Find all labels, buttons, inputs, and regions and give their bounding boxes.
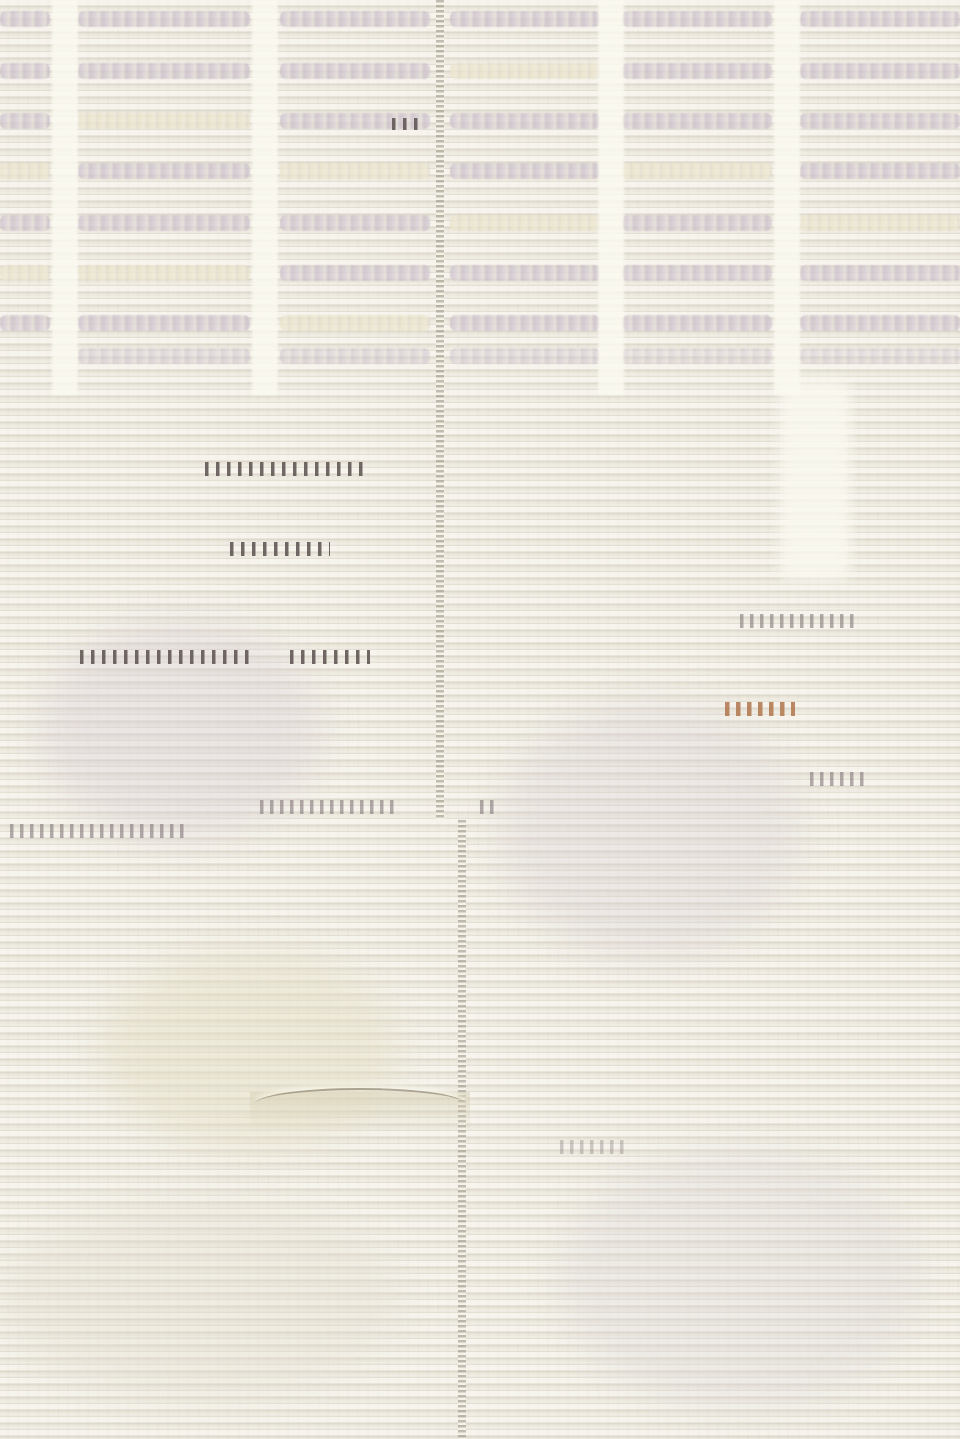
grid-stripe (52, 0, 78, 395)
grid-stripe (252, 0, 278, 395)
dark-tuft-mark (205, 462, 365, 476)
dark-tuft-mark (230, 542, 330, 556)
dark-tuft-mark (392, 118, 418, 130)
light-patch (780, 380, 850, 580)
rug-photo (0, 0, 960, 1439)
grid-stripe (774, 0, 800, 395)
cream-mottle (0, 1200, 400, 1400)
lavender-mottle (560, 1150, 920, 1410)
grid-pattern (0, 0, 960, 395)
faint-tuft-mark (740, 614, 860, 628)
faint-tuft-mark (480, 800, 500, 814)
grid-row (0, 160, 960, 182)
faint-tuft-mark (560, 1140, 630, 1154)
grid-row (0, 262, 960, 284)
grid-row (0, 8, 960, 30)
center-seam (436, 0, 444, 820)
grid-row (0, 110, 960, 132)
grid-row (0, 60, 960, 82)
rust-tuft-mark (725, 702, 795, 716)
grid-stripe (598, 0, 624, 395)
faint-tuft-mark (810, 772, 870, 786)
faint-tuft-mark (260, 800, 400, 814)
grid-row (0, 312, 960, 334)
faint-tuft-mark (10, 824, 190, 838)
dark-tuft-mark (290, 650, 370, 664)
grid-row (0, 212, 960, 234)
dark-tuft-mark (80, 650, 250, 664)
grid-row (0, 345, 960, 367)
lavender-mottle (500, 700, 800, 960)
